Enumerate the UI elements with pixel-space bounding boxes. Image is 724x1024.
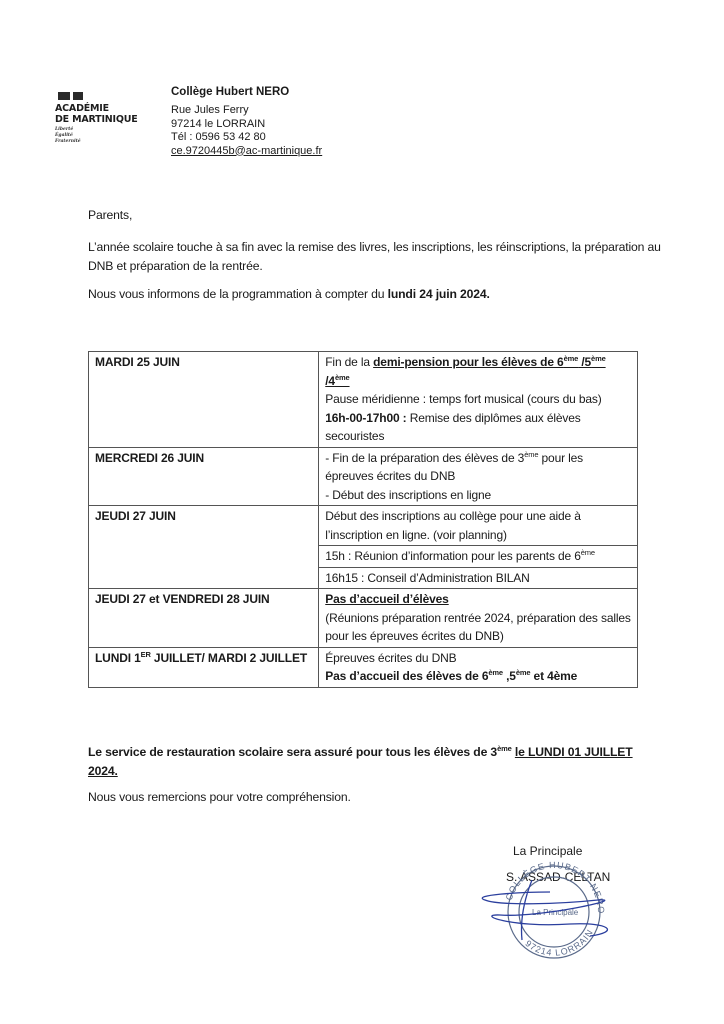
republic-motto: Liberté Égalité Fraternité <box>55 127 155 145</box>
ordinal-sup: ème <box>488 668 503 677</box>
motto-fraternite: Fraternité <box>55 139 155 145</box>
greeting: Parents, <box>88 206 132 225</box>
ordinal-sup: ER <box>141 650 151 659</box>
activity-text: /5 <box>578 355 591 369</box>
official-stamp-icon: COLLÈGE HUBERT NERO 97214 LORRAIN La Pri… <box>480 840 650 960</box>
row-date: MERCREDI 26 JUIN <box>89 447 319 506</box>
ordinal-sup: ème <box>335 373 350 382</box>
svg-text:97214 LORRAIN: 97214 LORRAIN <box>523 927 595 958</box>
activity-text: Pas d’accueil des élèves de 6 <box>325 669 488 683</box>
row-activities: Épreuves écrites du DNB Pas d’accueil de… <box>319 647 638 687</box>
school-address-block: Collège Hubert NERO Rue Jules Ferry 9721… <box>171 86 322 158</box>
academy-line-2: DE MARTINIQUE <box>55 114 155 125</box>
notice-text: Le service de restauration scolaire sera… <box>88 745 497 759</box>
ordinal-sup: ème <box>581 548 595 557</box>
row-date: LUNDI 1ER JUILLET/ MARDI 2 JUILLET <box>89 647 319 687</box>
activity-item: (Réunions préparation rentrée 2024, prép… <box>325 609 631 646</box>
row-activities: Fin de la demi-pension pour les élèves d… <box>319 352 638 448</box>
activity-item: - Début des inscriptions en ligne <box>325 486 631 505</box>
table-row: LUNDI 1ER JUILLET/ MARDI 2 JUILLET Épreu… <box>89 647 638 687</box>
activity-item: Pause méridienne : temps fort musical (c… <box>325 390 631 409</box>
activity-text: /4 <box>325 374 335 388</box>
table-row: JEUDI 27 JUIN Début des inscriptions au … <box>89 506 638 546</box>
ordinal-sup: ème <box>524 450 538 459</box>
academie-logo: ACADÉMIE DE MARTINIQUE Liberté Égalité F… <box>55 92 155 145</box>
marianne-icon <box>58 92 155 100</box>
letter-page: ACADÉMIE DE MARTINIQUE Liberté Égalité F… <box>0 0 724 1024</box>
ordinal-sup: ème <box>564 354 579 363</box>
thanks-line: Nous vous remercions pour votre compréhe… <box>88 788 351 807</box>
activity-text: demi-pension pour les élèves de 6 <box>373 355 563 369</box>
info-paragraph: Nous vous informons de la programmation … <box>88 285 490 304</box>
activity-item: 16h15 : Conseil d’Administration BILAN <box>319 567 638 589</box>
activity-item: Début des inscriptions au collège pour u… <box>319 506 638 546</box>
activity-item: - Fin de la préparation des élèves de 3è… <box>325 449 631 486</box>
academy-name: ACADÉMIE DE MARTINIQUE <box>55 103 155 125</box>
school-name: Collège Hubert NERO <box>171 86 322 98</box>
row-activities: - Fin de la préparation des élèves de 3è… <box>319 447 638 506</box>
ordinal-sup: ème <box>516 668 531 677</box>
table-row: JEUDI 27 et VENDREDI 28 JUIN Pas d’accue… <box>89 589 638 648</box>
restauration-notice: Le service de restauration scolaire sera… <box>88 743 648 781</box>
address-street: Rue Jules Ferry <box>171 104 322 118</box>
table-row: MERCREDI 26 JUIN - Fin de la préparation… <box>89 447 638 506</box>
activity-item: 15h : Réunion d’information pour les par… <box>319 546 638 568</box>
academy-line-1: ACADÉMIE <box>55 103 155 114</box>
activity-item: 16h-00-17h00 : Remise des diplômes aux é… <box>325 409 631 446</box>
activity-time: 16h-00-17h00 : <box>325 411 406 425</box>
activity-text: ,5 <box>503 669 516 683</box>
svg-text:La Principale: La Principale <box>532 908 579 917</box>
row-activities: Pas d’accueil d’élèves (Réunions prépara… <box>319 589 638 648</box>
activity-item: Pas d’accueil des élèves de 6ème ,5ème e… <box>325 667 631 686</box>
ordinal-sup: ème <box>591 354 606 363</box>
row-date: JEUDI 27 et VENDREDI 28 JUIN <box>89 589 319 648</box>
ordinal-sup: ème <box>497 744 512 753</box>
date-text: LUNDI 1 <box>95 651 141 665</box>
info-start-date: lundi 24 juin 2024. <box>388 287 490 301</box>
schedule-table: MARDI 25 JUIN Fin de la demi-pension pou… <box>88 351 638 688</box>
activity-text: et 4ème <box>530 669 577 683</box>
intro-paragraph: L’année scolaire touche à sa fin avec la… <box>88 238 688 276</box>
activity-item: Fin de la demi-pension pour les élèves d… <box>325 353 631 390</box>
school-email-link[interactable]: ce.9720445b@ac-martinique.fr <box>171 145 322 159</box>
school-phone: Tél : 0596 53 42 80 <box>171 131 322 145</box>
activity-item: Épreuves écrites du DNB <box>325 649 631 668</box>
address-city: 97214 le LORRAIN <box>171 118 322 132</box>
row-date: MARDI 25 JUIN <box>89 352 319 448</box>
activity-text: - Fin de la préparation des élèves de 3 <box>325 451 524 465</box>
activity-item: Pas d’accueil d’élèves <box>325 590 631 609</box>
info-text: Nous vous informons de la programmation … <box>88 287 388 301</box>
activity-text: 15h : Réunion d’information pour les par… <box>325 549 580 563</box>
date-text: JUILLET/ MARDI 2 JUILLET <box>151 651 307 665</box>
table-row: MARDI 25 JUIN Fin de la demi-pension pou… <box>89 352 638 448</box>
row-date: JEUDI 27 JUIN <box>89 506 319 589</box>
activity-text: Fin de la <box>325 355 373 369</box>
